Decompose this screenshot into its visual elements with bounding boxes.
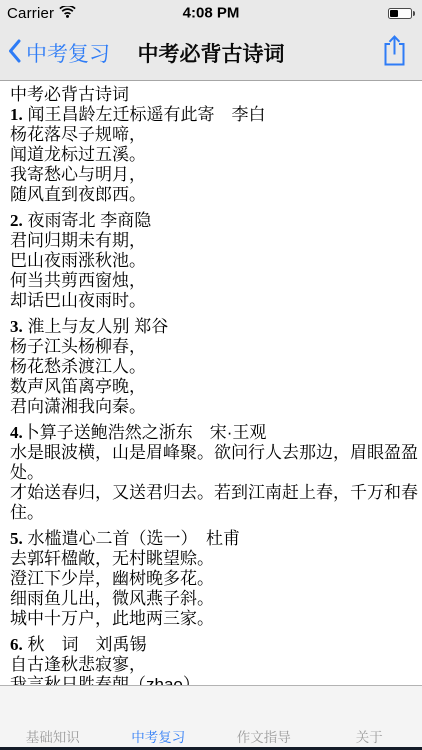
poem-line: 去郭轩楹敞，无村眺望赊。 (10, 549, 418, 569)
poem-lines: 杨子江头杨柳春，杨花愁杀渡江人。数声风笛离亭晚，君向潇湘我向秦。 (10, 337, 418, 417)
battery-icon (388, 8, 415, 19)
poem-block: 4.卜算子送鲍浩然之浙东 宋·王观水是眼波横，山是眉峰聚。欲问行人去那边，眉眼盈… (10, 423, 418, 523)
poem-title-line: 6. 秋 词 刘禹锡 (10, 635, 418, 655)
clock: 4:08 PM (183, 5, 240, 22)
poem-lines: 君问归期未有期，巴山夜雨涨秋池。何当共剪西窗烛，却话巴山夜雨时。 (10, 231, 418, 311)
page-title: 中考必背古诗词 (138, 38, 285, 68)
poem-block: 1. 闻王昌龄左迁标遥有此寄 李白杨花落尽子规啼，闻道龙标过五溪。我寄愁心与明月… (10, 105, 418, 205)
poem-line: 澄江下少岸，幽树晚多花。 (10, 569, 418, 589)
poem-lines: 水是眼波横，山是眉峰聚。欲问行人去那边，眉眼盈盈处。才始送春归，又送君归去。若到… (10, 443, 418, 523)
poem-block: 3. 淮上与友人别 郑谷杨子江头杨柳春，杨花愁杀渡江人。数声风笛离亭晚，君向潇湘… (10, 317, 418, 417)
poem-number: 1. (10, 105, 23, 124)
poem-line: 却话巴山夜雨时。 (10, 291, 418, 311)
status-right-group (388, 8, 415, 19)
content-scroll-area[interactable]: 中考必背古诗词 1. 闻王昌龄左迁标遥有此寄 李白杨花落尽子规啼，闻道龙标过五溪… (0, 81, 422, 750)
poem-line: 随风直到夜郎西。 (10, 185, 418, 205)
back-button[interactable]: 中考复习 (0, 38, 110, 68)
chevron-left-icon (8, 39, 21, 68)
poem-title: 水槛遣心二首（选一） 杜甫 (23, 529, 240, 548)
poem-number: 4. (10, 423, 23, 442)
poem-line: 自古逢秋悲寂寥， (10, 655, 418, 675)
back-button-label: 中考复习 (26, 38, 110, 68)
share-icon (381, 34, 408, 72)
poem-title: 淮上与友人别 郑谷 (23, 317, 168, 336)
poem-number: 3. (10, 317, 23, 336)
poem-list: 1. 闻王昌龄左迁标遥有此寄 李白杨花落尽子规啼，闻道龙标过五溪。我寄愁心与明月… (10, 105, 418, 695)
app-screen: Carrier 4:08 PM 中考复习 中考必背古诗词 中考必背古诗词 (0, 0, 422, 750)
poem-title: 秋 词 刘禹锡 (23, 635, 147, 654)
tab-bar: 基础知识中考复习作文指导关于 (0, 685, 422, 750)
poem-line: 何当共剪西窗烛， (10, 271, 418, 291)
poem-line: 杨花落尽子规啼， (10, 125, 418, 145)
poem-title: 卜算子送鲍浩然之浙东 宋·王观 (23, 423, 267, 442)
poem-line: 君问归期未有期， (10, 231, 418, 251)
content-heading: 中考必背古诗词 (10, 85, 418, 105)
poem-title-line: 4.卜算子送鲍浩然之浙东 宋·王观 (10, 423, 418, 443)
battery-fill (390, 10, 398, 17)
poem-block: 2. 夜雨寄北 李商隐君问归期未有期，巴山夜雨涨秋池。何当共剪西窗烛，却话巴山夜… (10, 211, 418, 311)
share-button[interactable] (373, 34, 422, 72)
poem-block: 5. 水槛遣心二首（选一） 杜甫去郭轩楹敞，无村眺望赊。澄江下少岸，幽树晚多花。… (10, 529, 418, 629)
status-left-group: Carrier (7, 5, 76, 22)
wifi-icon (59, 5, 76, 22)
poem-line: 细雨鱼儿出，微风燕子斜。 (10, 589, 418, 609)
top-bar: Carrier 4:08 PM 中考复习 中考必背古诗词 (0, 0, 422, 81)
poem-lines: 杨花落尽子规啼，闻道龙标过五溪。我寄愁心与明月，随风直到夜郎西。 (10, 125, 418, 205)
poem-line: 杨花愁杀渡江人。 (10, 357, 418, 377)
navigation-bar: 中考复习 中考必背古诗词 (0, 26, 422, 80)
poem-title-line: 3. 淮上与友人别 郑谷 (10, 317, 418, 337)
poem-number: 2. (10, 211, 23, 230)
poem-line: 巴山夜雨涨秋池。 (10, 251, 418, 271)
poem-line: 我寄愁心与明月， (10, 165, 418, 185)
poem-number: 5. (10, 529, 23, 548)
poem-number: 6. (10, 635, 23, 654)
poem-line: 城中十万户，此地两三家。 (10, 609, 418, 629)
poem-title-line: 2. 夜雨寄北 李商隐 (10, 211, 418, 231)
poem-line: 君向潇湘我向秦。 (10, 397, 418, 417)
carrier-label: Carrier (7, 5, 54, 22)
poem-lines: 去郭轩楹敞，无村眺望赊。澄江下少岸，幽树晚多花。细雨鱼儿出，微风燕子斜。城中十万… (10, 549, 418, 629)
poem-line: 数声风笛离亭晚， (10, 377, 418, 397)
poem-title-line: 1. 闻王昌龄左迁标遥有此寄 李白 (10, 105, 418, 125)
poem-title-line: 5. 水槛遣心二首（选一） 杜甫 (10, 529, 418, 549)
poem-line: 闻道龙标过五溪。 (10, 145, 418, 165)
poem-title: 闻王昌龄左迁标遥有此寄 李白 (23, 105, 266, 124)
poem-line: 水是眼波横，山是眉峰聚。欲问行人去那边，眉眼盈盈处。 (10, 443, 418, 483)
poem-line: 才始送春归，又送君归去。若到江南赶上春，千万和春住。 (10, 483, 418, 523)
status-bar: Carrier 4:08 PM (0, 0, 422, 26)
poem-title: 夜雨寄北 李商隐 (23, 211, 151, 230)
poem-line: 杨子江头杨柳春， (10, 337, 418, 357)
